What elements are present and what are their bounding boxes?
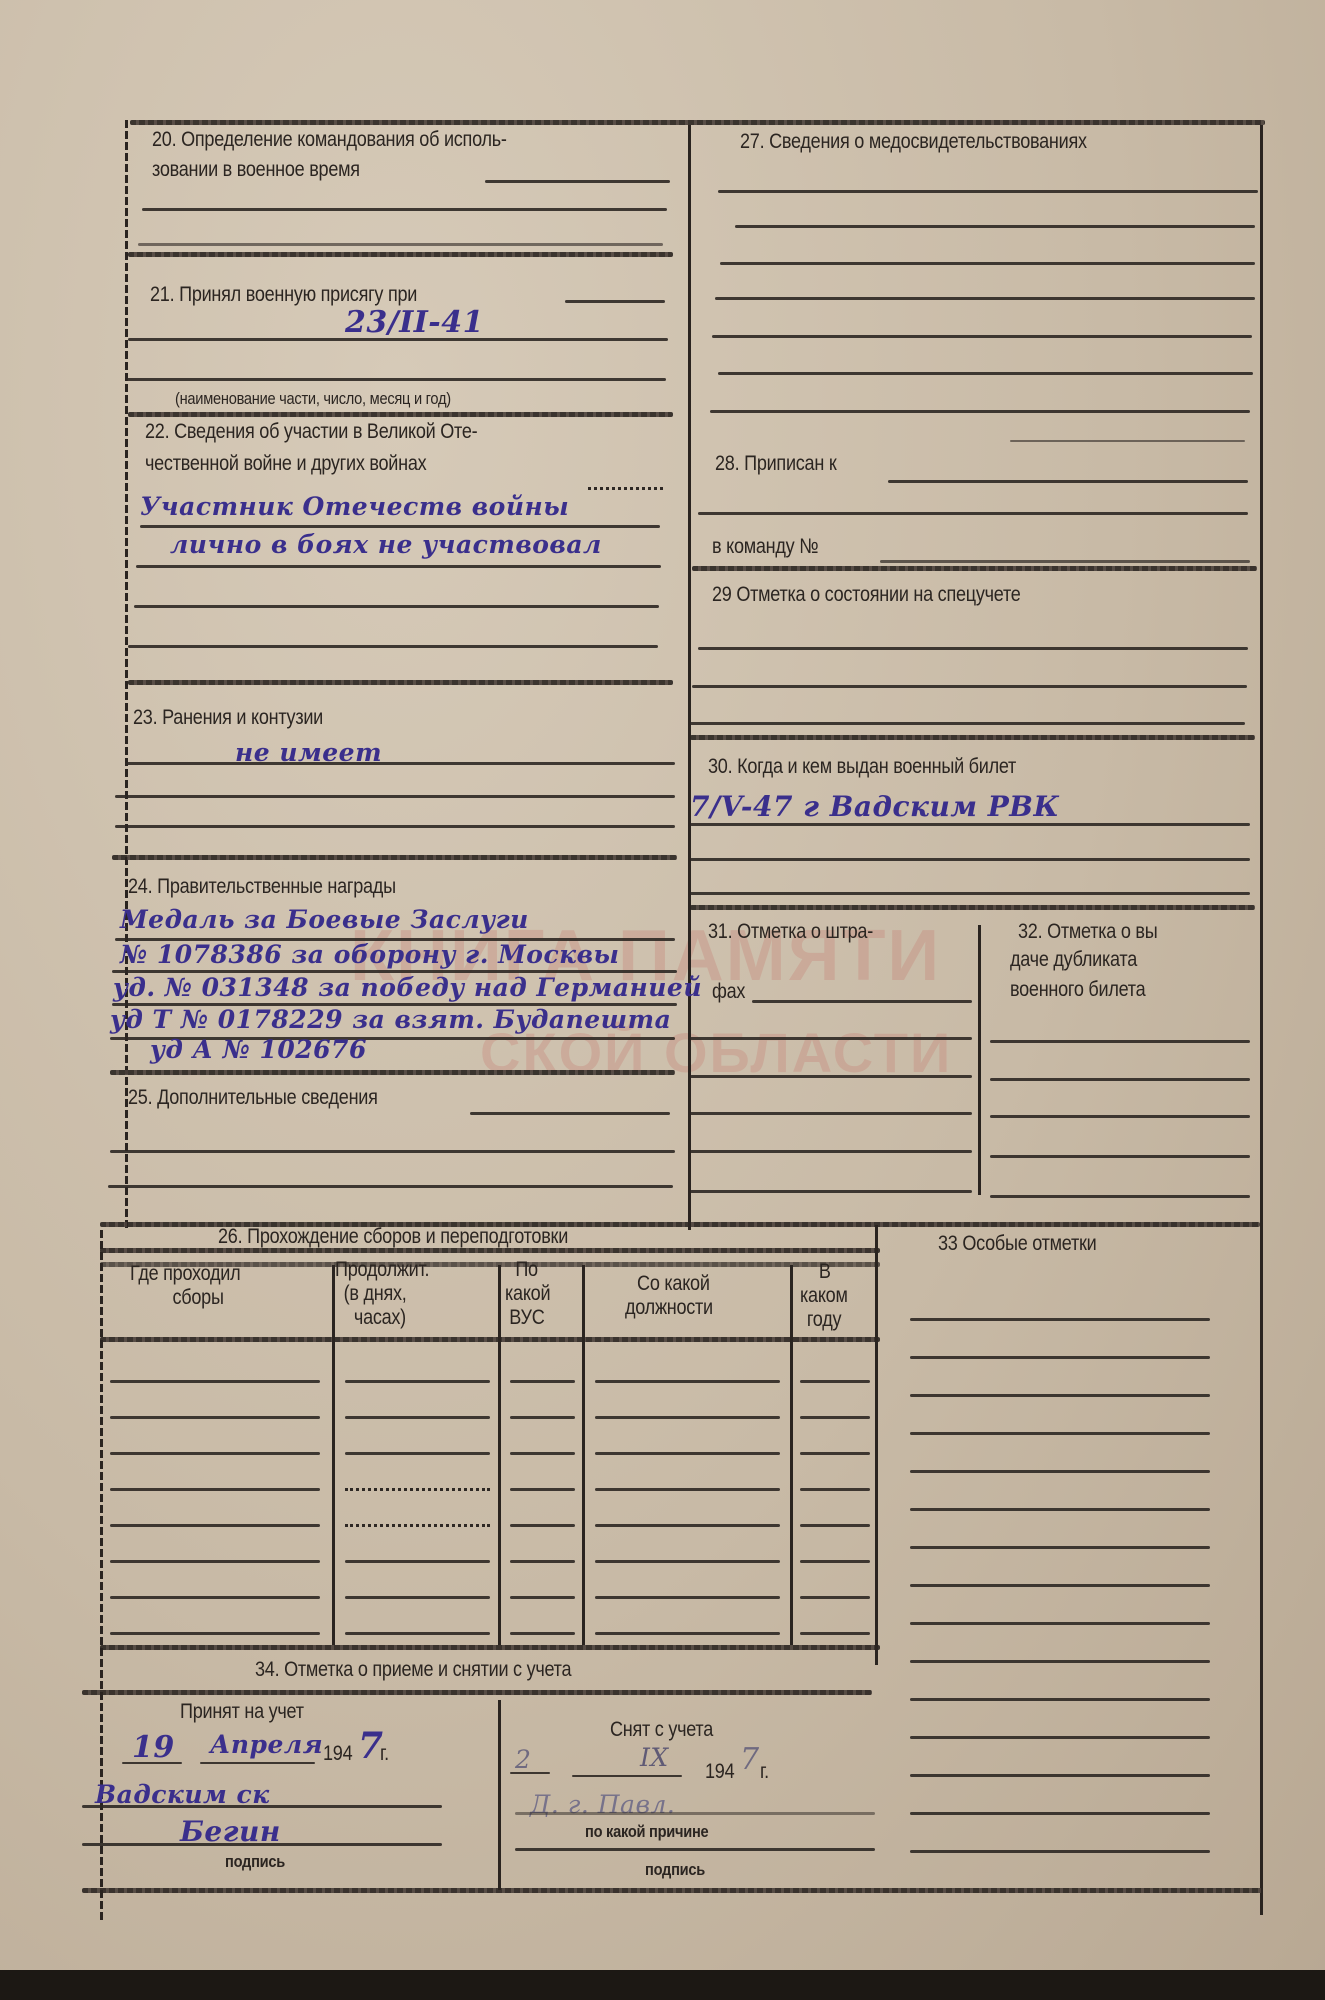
table-cell-line[interactable]	[510, 1380, 575, 1383]
section-28-label: 28. Приписан к	[715, 452, 836, 476]
section-29-line[interactable]	[690, 722, 1245, 725]
removed-reason-field[interactable]	[515, 1848, 875, 1851]
table-cell-line[interactable]	[800, 1452, 870, 1455]
removed-year-unit: г.	[760, 1760, 769, 1784]
section-30-issued-value: 7/V-47 г Вадским РВК	[690, 790, 1059, 823]
section-27-label: 27. Сведения о медосвидетельствованиях	[740, 130, 1087, 154]
section-33-line[interactable]	[910, 1736, 1210, 1739]
section-27-line[interactable]	[718, 190, 1258, 193]
table-cell-line[interactable]	[510, 1524, 575, 1527]
section-27-line[interactable]	[710, 410, 1250, 413]
section-28-command-field[interactable]	[880, 560, 1250, 563]
award-line-5: уд А № 102676	[150, 1035, 367, 1064]
table-cell-line[interactable]	[800, 1488, 870, 1491]
section-30-line[interactable]	[690, 892, 1250, 895]
removed-year-suffix: 7	[740, 1742, 760, 1777]
table-cell-line[interactable]	[345, 1452, 490, 1455]
section-22-line[interactable]	[134, 605, 659, 608]
col-header-duration: Продолжит.(в днях,часах)	[335, 1258, 429, 1330]
section-32-line[interactable]	[990, 1040, 1250, 1043]
section-32-label-3: военного билета	[1010, 978, 1145, 1002]
section-26-title: 26. Прохождение сборов и переподготовки	[218, 1225, 568, 1249]
section-24-label: 24. Правительственные награды	[128, 875, 396, 899]
section-33-line[interactable]	[910, 1356, 1210, 1359]
section-33-line[interactable]	[910, 1698, 1210, 1701]
section-32-line[interactable]	[990, 1155, 1250, 1158]
section-29-label: 29 Отметка о состоянии на спецучете	[712, 583, 1021, 607]
section-31-label-2: фах	[712, 980, 745, 1004]
section-20-line[interactable]	[138, 243, 663, 246]
section-32-line[interactable]	[990, 1195, 1250, 1198]
accepted-year-unit: г.	[380, 1742, 389, 1766]
section-33-line[interactable]	[910, 1546, 1210, 1549]
section-22-line[interactable]	[140, 525, 660, 528]
section-22-value-1: Участник Отечеств войны	[140, 492, 569, 521]
removed-year-prefix: 194	[705, 1760, 734, 1784]
col-header-year: Вкакомгоду	[800, 1260, 848, 1332]
table-cell-line[interactable]	[110, 1488, 320, 1491]
award-line-1: Медаль за Боевые Заслуги	[120, 905, 529, 934]
table-cell-line[interactable]	[800, 1380, 870, 1383]
removed-label: Снят с учета	[610, 1718, 713, 1742]
removed-month: IX	[640, 1743, 669, 1772]
accepted-day: 19	[132, 1730, 175, 1765]
table-cell-line[interactable]	[595, 1632, 780, 1635]
section-25-line[interactable]	[108, 1185, 673, 1188]
section-29-line[interactable]	[692, 685, 1247, 688]
accepted-label: Принят на учет	[180, 1700, 304, 1724]
section-33-line[interactable]	[910, 1622, 1210, 1625]
page-edge-shadow	[0, 1970, 1325, 2000]
accepted-year-prefix: 194	[323, 1742, 352, 1766]
table-cell-line[interactable]	[800, 1524, 870, 1527]
section-21-caption: (наименование части, число, месяц и год)	[175, 387, 451, 411]
section-31-field[interactable]	[752, 1000, 972, 1003]
table-cell-line[interactable]	[110, 1416, 320, 1419]
removed-sign-label: подпись	[645, 1858, 705, 1882]
section-31-line[interactable]	[690, 1190, 972, 1193]
section-27-line[interactable]	[718, 372, 1253, 375]
table-cell-line[interactable]	[510, 1416, 575, 1419]
section-21-label: 21. Принял военную присягу при	[150, 283, 417, 307]
table-cell-line[interactable]	[110, 1524, 320, 1527]
table-cell-line[interactable]	[110, 1596, 320, 1599]
section-28-field[interactable]	[888, 480, 1248, 483]
section-31-line[interactable]	[690, 1112, 972, 1115]
section-22-value-2: лично в боях не участвовал	[170, 530, 602, 559]
col-header-position: Со какойдолжности	[625, 1272, 713, 1320]
award-line-2: № 1078386 за оборону г. Москвы	[120, 940, 619, 969]
section-20-line[interactable]	[485, 180, 670, 183]
section-23-line[interactable]	[125, 762, 675, 765]
section-25-line[interactable]	[110, 1150, 675, 1153]
table-cell-line[interactable]	[345, 1416, 490, 1419]
table-cell-line[interactable]	[800, 1596, 870, 1599]
table-cell-line[interactable]	[510, 1488, 575, 1491]
table-cell-line[interactable]	[345, 1596, 490, 1599]
table-cell-line[interactable]	[110, 1452, 320, 1455]
section-30-label: 30. Когда и кем выдан военный билет	[708, 755, 1016, 779]
table-cell-line[interactable]	[110, 1560, 320, 1563]
section-33-line[interactable]	[910, 1850, 1210, 1853]
section-27-line[interactable]	[712, 335, 1252, 338]
section-30-line[interactable]	[690, 823, 1250, 826]
table-cell-line[interactable]	[510, 1452, 575, 1455]
table-cell-line[interactable]	[510, 1632, 575, 1635]
removed-day: 2	[515, 1745, 531, 1774]
section-22-line[interactable]	[128, 645, 658, 648]
accepted-sign-label: подпись	[225, 1850, 285, 1874]
col-header-place: Где проходилсборы	[130, 1262, 240, 1310]
section-31-line[interactable]	[690, 1037, 972, 1040]
col-header-vus: ПокакойВУС	[505, 1258, 550, 1330]
section-32-label-2: даче дубликата	[1010, 948, 1137, 972]
section-33-line[interactable]	[910, 1470, 1210, 1473]
table-cell-line[interactable]	[510, 1560, 575, 1563]
table-cell-line[interactable]	[595, 1596, 780, 1599]
table-cell-line[interactable]	[595, 1488, 780, 1491]
section-34-title: 34. Отметка о приеме и снятии с учета	[255, 1658, 571, 1682]
table-cell-line[interactable]	[345, 1488, 490, 1491]
section-21-oath-date: 23/II-41	[345, 305, 484, 340]
section-33-line[interactable]	[910, 1584, 1210, 1587]
table-cell-line[interactable]	[345, 1560, 490, 1563]
table-cell-line[interactable]	[595, 1452, 780, 1455]
table-cell-line[interactable]	[345, 1632, 490, 1635]
section-30-line[interactable]	[690, 858, 1250, 861]
section-22-label-2: чественной войне и других войнах	[145, 452, 426, 476]
section-23-label: 23. Ранения и контузии	[133, 706, 323, 730]
table-cell-line[interactable]	[510, 1596, 575, 1599]
award-line-3: уд. № 031348 за победу над Германией	[113, 973, 702, 1002]
accepted-month: Апреля	[210, 1730, 323, 1759]
section-33-line[interactable]	[910, 1394, 1210, 1397]
table-cell-line[interactable]	[595, 1380, 780, 1383]
section-29-line[interactable]	[698, 647, 1248, 650]
section-20-label-1: 20. Определение командования об исполь-	[152, 128, 507, 152]
section-32-line[interactable]	[990, 1078, 1250, 1081]
table-cell-line[interactable]	[800, 1416, 870, 1419]
section-20-line[interactable]	[142, 208, 667, 211]
section-33-line[interactable]	[910, 1508, 1210, 1511]
section-33-line[interactable]	[910, 1812, 1210, 1815]
section-27-line[interactable]	[735, 225, 1255, 228]
section-33-line[interactable]	[910, 1432, 1210, 1435]
section-22-line[interactable]	[136, 565, 661, 568]
section-21-line[interactable]	[126, 378, 666, 381]
section-23-line[interactable]	[115, 825, 675, 828]
table-cell-line[interactable]	[595, 1416, 780, 1419]
removed-reason-label: по какой причине	[585, 1820, 708, 1844]
section-28-command-label: в команду №	[712, 535, 818, 559]
table-cell-line[interactable]	[345, 1524, 490, 1527]
table-cell-line[interactable]	[110, 1380, 320, 1383]
award-line-4: уд Т № 0178229 за взят. Будапешта	[110, 1005, 671, 1034]
section-31-label-1: 31. Отметка о штра-	[708, 920, 873, 944]
section-27-line[interactable]	[715, 297, 1255, 300]
table-cell-line[interactable]	[800, 1560, 870, 1563]
section-31-line[interactable]	[690, 1075, 972, 1078]
section-28-line[interactable]	[698, 512, 1248, 515]
table-cell-line[interactable]	[800, 1632, 870, 1635]
section-20-label-2: зовании в военное время	[152, 158, 360, 182]
section-33-line[interactable]	[910, 1318, 1210, 1321]
section-32-label-1: 32. Отметка о вы	[1018, 920, 1157, 944]
table-cell-line[interactable]	[345, 1380, 490, 1383]
table-cell-line[interactable]	[595, 1524, 780, 1527]
section-23-line[interactable]	[115, 795, 675, 798]
section-32-line[interactable]	[990, 1115, 1250, 1118]
section-33-line[interactable]	[910, 1774, 1210, 1777]
section-21-line[interactable]	[128, 338, 668, 341]
table-cell-line[interactable]	[110, 1632, 320, 1635]
table-cell-line[interactable]	[595, 1560, 780, 1563]
section-31-line[interactable]	[690, 1150, 972, 1153]
section-33-label: 33 Особые отметки	[938, 1232, 1096, 1256]
section-22-label-1: 22. Сведения об участии в Великой Оте-	[145, 420, 477, 444]
section-33-line[interactable]	[910, 1660, 1210, 1663]
section-27-line[interactable]	[720, 262, 1255, 265]
section-25-label: 25. Дополнительные сведения	[128, 1086, 378, 1110]
